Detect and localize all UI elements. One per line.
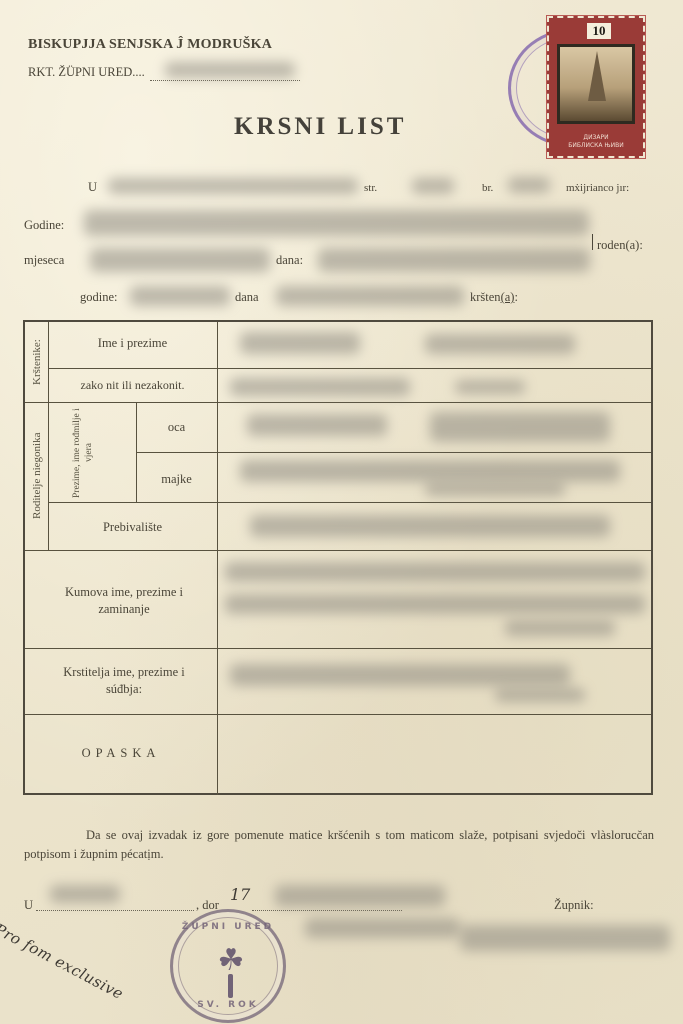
birth-bracket bbox=[592, 234, 593, 250]
father-detail-redacted bbox=[430, 412, 610, 442]
born-label: roden(a): bbox=[597, 238, 643, 253]
page-label: str. bbox=[364, 182, 377, 194]
date-dotted-line bbox=[252, 910, 402, 911]
baptizer-value-redacted bbox=[230, 664, 570, 686]
legitimacy-value-redacted-2 bbox=[455, 380, 525, 394]
mother-detail-redacted bbox=[425, 482, 565, 496]
divider bbox=[48, 322, 49, 550]
certification-text: Da se ovaj izvadak iz gore pomenute mati… bbox=[24, 826, 654, 864]
date-redacted-2 bbox=[305, 918, 460, 938]
father-label: oca bbox=[136, 420, 217, 435]
registry-book-redacted bbox=[108, 178, 358, 194]
registry-prefix: U bbox=[88, 180, 97, 195]
name-label: Ime i prezime bbox=[48, 336, 217, 351]
divider bbox=[25, 714, 651, 715]
place-prefix: U bbox=[24, 898, 33, 913]
priest-signature-redacted bbox=[460, 925, 670, 951]
cross-stem-icon bbox=[228, 974, 233, 998]
mother-label: majke bbox=[136, 472, 217, 487]
seal-text-bottom: SV. ROK bbox=[173, 1000, 283, 1010]
stamp-value: 10 bbox=[587, 23, 611, 39]
divider bbox=[136, 452, 651, 453]
parish-office-dotted-line bbox=[150, 80, 300, 81]
legitimacy-label: zako nit ili nezakonit. bbox=[48, 378, 217, 393]
date-handwritten-day: 17 bbox=[230, 885, 250, 904]
handwritten-note: Pro fom exclusive bbox=[0, 920, 126, 1003]
number-label: br. bbox=[482, 182, 493, 194]
mother-name-redacted bbox=[240, 460, 620, 482]
birth-month-label: mjeseca bbox=[24, 253, 64, 268]
parish-office-label: RKT. ŽÜPNI URED.... bbox=[28, 65, 145, 80]
child-surname-redacted bbox=[425, 334, 575, 354]
baptism-year-label: godine: bbox=[80, 290, 118, 305]
baptized-label: kršten(a): bbox=[470, 290, 518, 305]
priest-label: Župnik: bbox=[554, 898, 594, 913]
parents-sub-label: Prezime, ime rođmilje i vjera bbox=[71, 408, 111, 498]
divider bbox=[25, 648, 651, 649]
stamp-caption: ДИЗАРИ БИБЛИСКА ЊИВИ bbox=[555, 134, 637, 150]
diocese-heading: BISKUPJJA SENJSKA Ĵ MODRUŠKA bbox=[28, 37, 272, 53]
date-redacted bbox=[275, 885, 445, 907]
divider bbox=[48, 502, 651, 503]
baptism-day-redacted bbox=[276, 286, 464, 306]
legitimacy-value-redacted bbox=[230, 378, 410, 396]
revenue-stamp: 10 ДИЗАРИ БИБЛИСКА ЊИВИ bbox=[547, 16, 645, 158]
divider bbox=[217, 322, 218, 795]
godparents-label: Kumova ime, prezime i zaminanje bbox=[39, 584, 209, 618]
baptism-year-redacted bbox=[130, 286, 230, 306]
seal-text-top: ŽUPNI URED bbox=[173, 922, 283, 932]
parish-office-redacted bbox=[165, 62, 295, 78]
place-redacted bbox=[50, 885, 120, 903]
divider bbox=[48, 368, 651, 369]
residence-label: Prebivalište bbox=[48, 520, 217, 535]
place-dotted-line bbox=[36, 910, 194, 911]
page-number-redacted bbox=[412, 178, 454, 194]
birth-month-redacted bbox=[90, 248, 270, 272]
child-name-redacted bbox=[240, 332, 360, 354]
baptism-record-table: Krštenike: Roditelje niegonika Prezime, … bbox=[23, 320, 653, 795]
birth-day-redacted bbox=[318, 248, 590, 272]
father-name-redacted bbox=[247, 414, 387, 436]
church-spire-icon bbox=[588, 51, 606, 101]
baptizer-label: Krstitelja ime, prezime i súđbja: bbox=[39, 664, 209, 698]
baptism-day-label: dana bbox=[235, 290, 259, 305]
church-illustration-icon bbox=[557, 44, 635, 124]
registry-suffix: mẋijrianco jır: bbox=[566, 182, 629, 194]
divider bbox=[25, 550, 651, 551]
baptizer-value-redacted-2 bbox=[495, 688, 585, 702]
birth-year-redacted bbox=[84, 210, 589, 236]
document-title: KRSNI LIST bbox=[234, 113, 406, 141]
godparents-line1-redacted bbox=[225, 562, 645, 582]
group-label-parents: Roditelje niegonika bbox=[28, 406, 46, 546]
birth-year-label: Godine: bbox=[24, 218, 64, 233]
divider bbox=[25, 402, 651, 403]
entry-number-redacted bbox=[508, 177, 550, 193]
godparents-line2-redacted bbox=[225, 594, 645, 614]
birth-day-label: dana: bbox=[276, 253, 303, 268]
parish-seal-bottom: ŽUPNI URED ☘ SV. ROK bbox=[170, 909, 286, 1023]
godparents-line3-redacted bbox=[505, 620, 615, 636]
remarks-label: OPASKA bbox=[25, 746, 217, 761]
group-label-child: Krštenike: bbox=[28, 324, 46, 400]
residence-value-redacted bbox=[250, 515, 610, 537]
